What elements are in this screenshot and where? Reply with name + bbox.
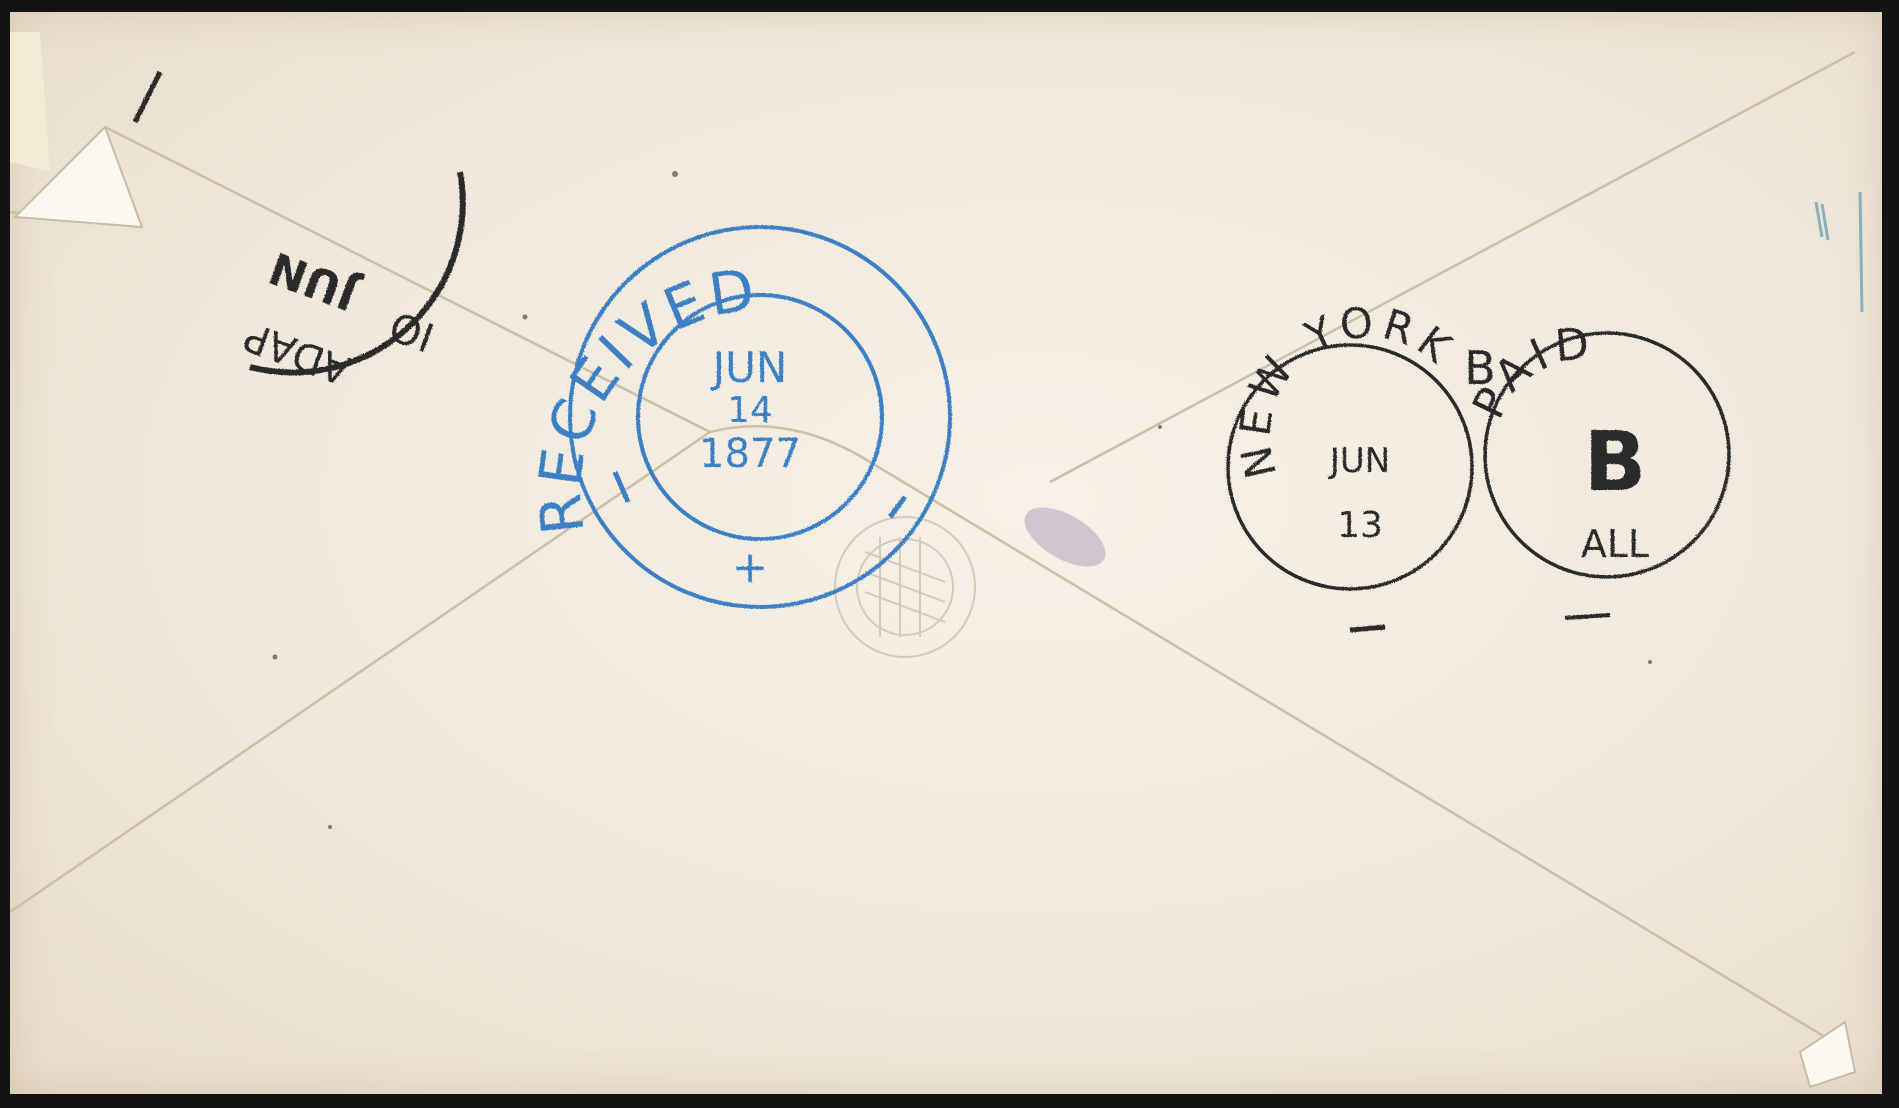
envelope-back: RECEIVED JUN 14 1877 + NEW YORK JUN 13 <box>10 12 1882 1094</box>
paid-bottom-text: ALL <box>1581 522 1649 566</box>
ny-month: JUN <box>1328 441 1390 481</box>
partial-month: JUN <box>263 241 367 320</box>
paid-all-postmark: PAID B ALL <box>1463 318 1729 618</box>
partial-day-fragment: IO <box>384 302 440 360</box>
received-day: 14 <box>727 390 773 431</box>
paid-center-letter: B <box>1584 415 1647 510</box>
partial-ring-fragment: ADAP <box>239 313 357 393</box>
envelope-drawing: RECEIVED JUN 14 1877 + NEW YORK JUN 13 <box>10 12 1882 1094</box>
flap-folds <box>10 52 1855 1052</box>
ny-day: 13 <box>1337 505 1383 546</box>
bottom-right-fold <box>1800 1022 1855 1087</box>
photo-stage: RECEIVED JUN 14 1877 + NEW YORK JUN 13 <box>0 0 1899 1108</box>
violet-stain <box>1015 495 1115 578</box>
received-month: JUN <box>710 343 788 392</box>
received-postmark: RECEIVED JUN 14 1877 + <box>525 227 950 607</box>
flap-left-edge <box>10 32 50 172</box>
received-year: 1877 <box>699 431 801 477</box>
partial-upside-down-postmark: JUN ADAP IO <box>135 72 463 416</box>
new-york-postmark: NEW YORK JUN 13 <box>1228 297 1472 630</box>
blue-pencil-marks <box>1816 192 1862 312</box>
received-ornament: + <box>732 542 769 593</box>
